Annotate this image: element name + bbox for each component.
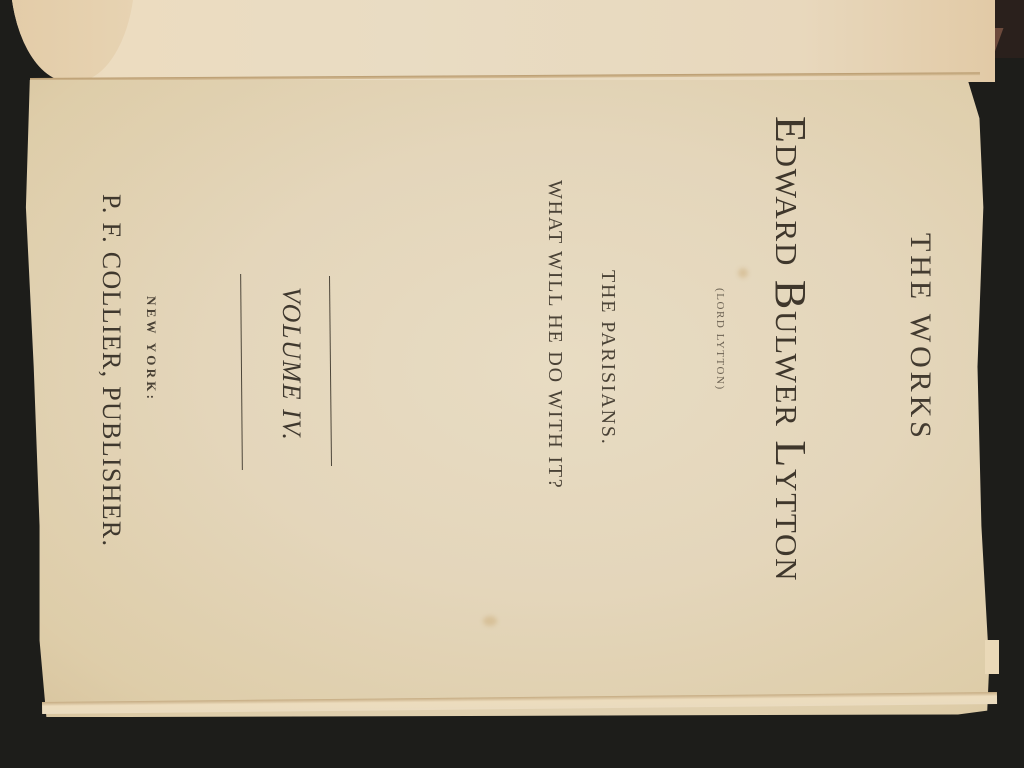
author-note: (LORD LYTTON) xyxy=(714,288,726,391)
heading-the-works: THE WORKS xyxy=(903,233,937,442)
title-page xyxy=(22,80,997,717)
book-title-1: THE PARISIANS. xyxy=(596,270,619,446)
author-name: Edward Bulwer Lytton xyxy=(765,116,816,582)
paper-stain xyxy=(738,268,748,278)
paper-stain xyxy=(483,616,497,626)
volume-label: VOLUME IV. xyxy=(276,287,306,441)
imprint-publisher: P. F. COLLIER, PUBLISHER. xyxy=(96,194,126,547)
book-title-2: WHAT WILL HE DO WITH IT? xyxy=(543,180,566,490)
page-edge-corner xyxy=(985,640,999,674)
facing-page xyxy=(10,0,995,82)
imprint-place: NEW YORK: xyxy=(143,296,159,402)
book-photo: THE WORKS Edward Bulwer Lytton (LORD LYT… xyxy=(0,0,1024,768)
